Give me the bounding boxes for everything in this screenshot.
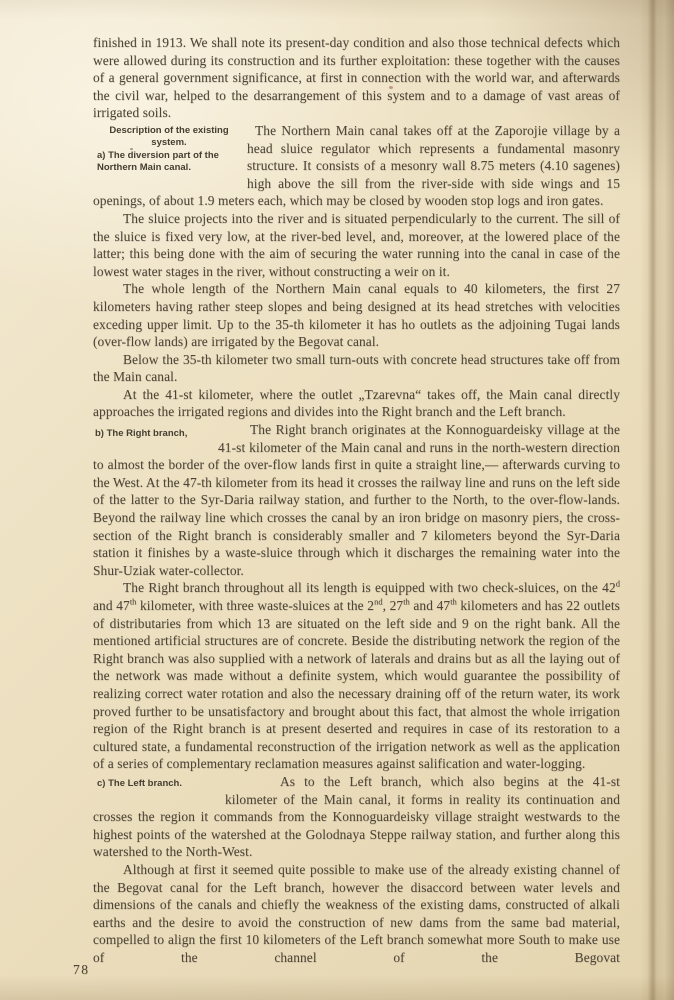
margin-note-item-a: a) The diversion part of the Northern Ma… (97, 150, 241, 174)
paragraph-turn-outs: Below the 35-th kilometer two small turn… (93, 351, 620, 386)
page-text-column: finished in 1913. We shall note its pres… (0, 0, 674, 966)
paragraph-text: , 27 (383, 598, 404, 613)
paragraph-text: and 47 (93, 598, 130, 613)
ordinal-superscript: th (450, 597, 457, 607)
ordinal-superscript: nd (374, 597, 383, 607)
paragraph-right-branch-course: b) The Right branch,The Right branch ori… (93, 421, 620, 579)
paragraph-text: kilometers and has 22 outlets of distrib… (93, 598, 620, 771)
ordinal-superscript: th (403, 597, 410, 607)
page-number: 78 (73, 962, 90, 978)
paragraph-text: and 47 (410, 598, 450, 613)
margin-note-description-of-system: Description of the existing system.a) Th… (93, 122, 243, 184)
scanned-book-page: finished in 1913. We shall note its pres… (0, 0, 674, 1000)
paragraph-left-branch-course: c) The Left branch.As to the Left branch… (93, 773, 620, 861)
paragraph-text: The Right branch throughout all its leng… (123, 580, 616, 595)
paragraph-tzarevna-outlet: At the 41-st kilometer, where the outlet… (93, 386, 620, 421)
paragraph-canal-length: The whole length of the Northern Main ca… (93, 280, 620, 350)
margin-note-right-branch: b) The Right branch, (93, 421, 214, 451)
paragraph-condition-and-defects: finished in 1913. We shall note its pres… (93, 34, 620, 122)
margin-note-left-branch: c) The Left branch. (93, 773, 221, 803)
paragraph-begovat-channel: Although at first it seemed quite possib… (93, 861, 620, 967)
ordinal-superscript: d (616, 579, 620, 589)
paragraph-text: kilometer, with three waste-sluices at t… (136, 598, 374, 613)
paragraph-right-branch-structures: The Right branch throughout all its leng… (93, 579, 620, 773)
paragraph-northern-main-canal: Description of the existing system.a) Th… (93, 122, 620, 210)
paragraph-sluice-projects: The sluice projects into the river and i… (93, 210, 620, 280)
margin-note-title: Description of the existing system. (97, 125, 241, 149)
